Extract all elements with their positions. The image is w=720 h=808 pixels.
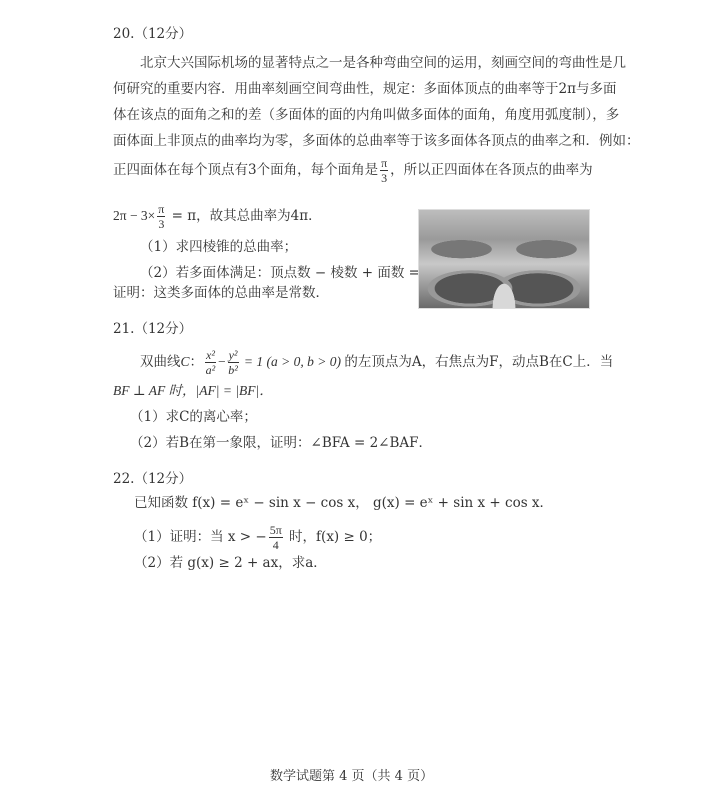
q20-text-line-1: 北京大兴国际机场的显著特点之一是各种弯曲空间的运用，刻画空间的弯曲性是几 bbox=[140, 54, 626, 72]
q20-text-line-5: 正四面体在每个顶点有3个面角，每个面角是π3，所以正四面体在各顶点的曲率为 bbox=[113, 156, 593, 185]
q20-part-2-continued: 证明：这类多面体的总曲率是常数． bbox=[113, 284, 329, 302]
q20-part-1: （1）求四棱锥的总曲率； bbox=[140, 238, 297, 256]
fraction-pi-over-3: π3 bbox=[157, 202, 165, 231]
fraction-denominator: b² bbox=[228, 363, 238, 377]
fraction-y2-over-b2: y²b² bbox=[228, 348, 239, 377]
q20-line5-text-b: ，所以正四面体在各顶点的曲率为 bbox=[390, 162, 593, 178]
fraction-x2-over-a2: x²a² bbox=[205, 348, 216, 377]
q20-text-line-4: 面体面上非顶点的曲率均为零，多面体的总曲率等于该多面体各顶点的曲率之和．例如： bbox=[113, 132, 640, 150]
q21-header: 21.（12分） bbox=[113, 320, 192, 338]
q20-line5-text-a: 正四面体在每个顶点有3个面角，每个面角是 bbox=[113, 162, 378, 178]
q22-part-1: （1）证明：当 x > −5π4 时，f(x) ≥ 0； bbox=[134, 523, 381, 552]
q20-line6-text-a: 2π − 3× bbox=[113, 208, 155, 223]
fraction-5pi-over-4: 5π4 bbox=[269, 523, 283, 552]
fraction-numerator: π bbox=[380, 156, 388, 171]
q20-text-line-3: 体在该点的面角之和的差（多面体的面的内角叫做多面体的面角，角度用弧度制），多 bbox=[113, 106, 619, 124]
fraction-denominator: 3 bbox=[158, 217, 164, 231]
fraction-numerator: x² bbox=[205, 348, 216, 363]
q21-text-line-2: BF ⊥ AF 时，|AF| = |BF|． bbox=[113, 382, 273, 400]
fraction-denominator: 4 bbox=[273, 538, 279, 552]
fraction-denominator: 3 bbox=[381, 171, 387, 185]
q20-text-line-2: 何研究的重要内容．用曲率刻画空间弯曲性，规定：多面体顶点的曲率等于2π与多面 bbox=[113, 80, 616, 98]
q21-part-2: （2）若B在第一象限，证明：∠BFA = 2∠BAF． bbox=[130, 434, 432, 452]
airport-aerial-photo bbox=[418, 209, 590, 309]
q20-header: 20.（12分） bbox=[113, 25, 192, 43]
fraction-numerator: y² bbox=[228, 348, 239, 363]
q20-part-2: （2）若多面体满足：顶点数 − 棱数 + 面数 = 2， bbox=[140, 264, 446, 282]
hyperbola-condition: = 1 (a > 0, b > 0) bbox=[241, 354, 345, 369]
q21-text-line-1: 双曲线C：x²a²−y²b² = 1 (a > 0, b > 0) 的左顶点为A… bbox=[140, 348, 613, 377]
colon: ： bbox=[190, 354, 204, 370]
q21-text-b: 的左顶点为A，右焦点为F，动点B在C上．当 bbox=[344, 354, 613, 370]
q22-part1-text-a: （1）证明：当 x > − bbox=[134, 529, 267, 545]
page-footer: 数学试题第 4 页（共 4 页） bbox=[270, 768, 433, 786]
curve-name: C bbox=[181, 354, 190, 369]
q20-text-line-6: 2π − 3×π3 = π，故其总曲率为4π． bbox=[113, 202, 322, 231]
fraction-numerator: 5π bbox=[269, 523, 283, 538]
q22-header: 22.（12分） bbox=[113, 470, 192, 488]
fraction-numerator: π bbox=[157, 202, 165, 217]
fraction-pi-over-3: π3 bbox=[380, 156, 388, 185]
q21-part-1: （1）求C的离心率； bbox=[130, 408, 257, 426]
q20-line6-text-b: = π，故其总曲率为4π． bbox=[167, 208, 321, 224]
q21-text-a: 双曲线 bbox=[140, 354, 181, 370]
q22-part1-text-b: 时，f(x) ≥ 0； bbox=[285, 529, 381, 545]
q22-text-line-1: 已知函数 f(x) = eˣ − sin x − cos x， g(x) = e… bbox=[134, 494, 553, 512]
q22-part-2: （2）若 g(x) ≥ 2 + ax，求a． bbox=[134, 554, 327, 572]
fraction-denominator: a² bbox=[206, 363, 216, 377]
